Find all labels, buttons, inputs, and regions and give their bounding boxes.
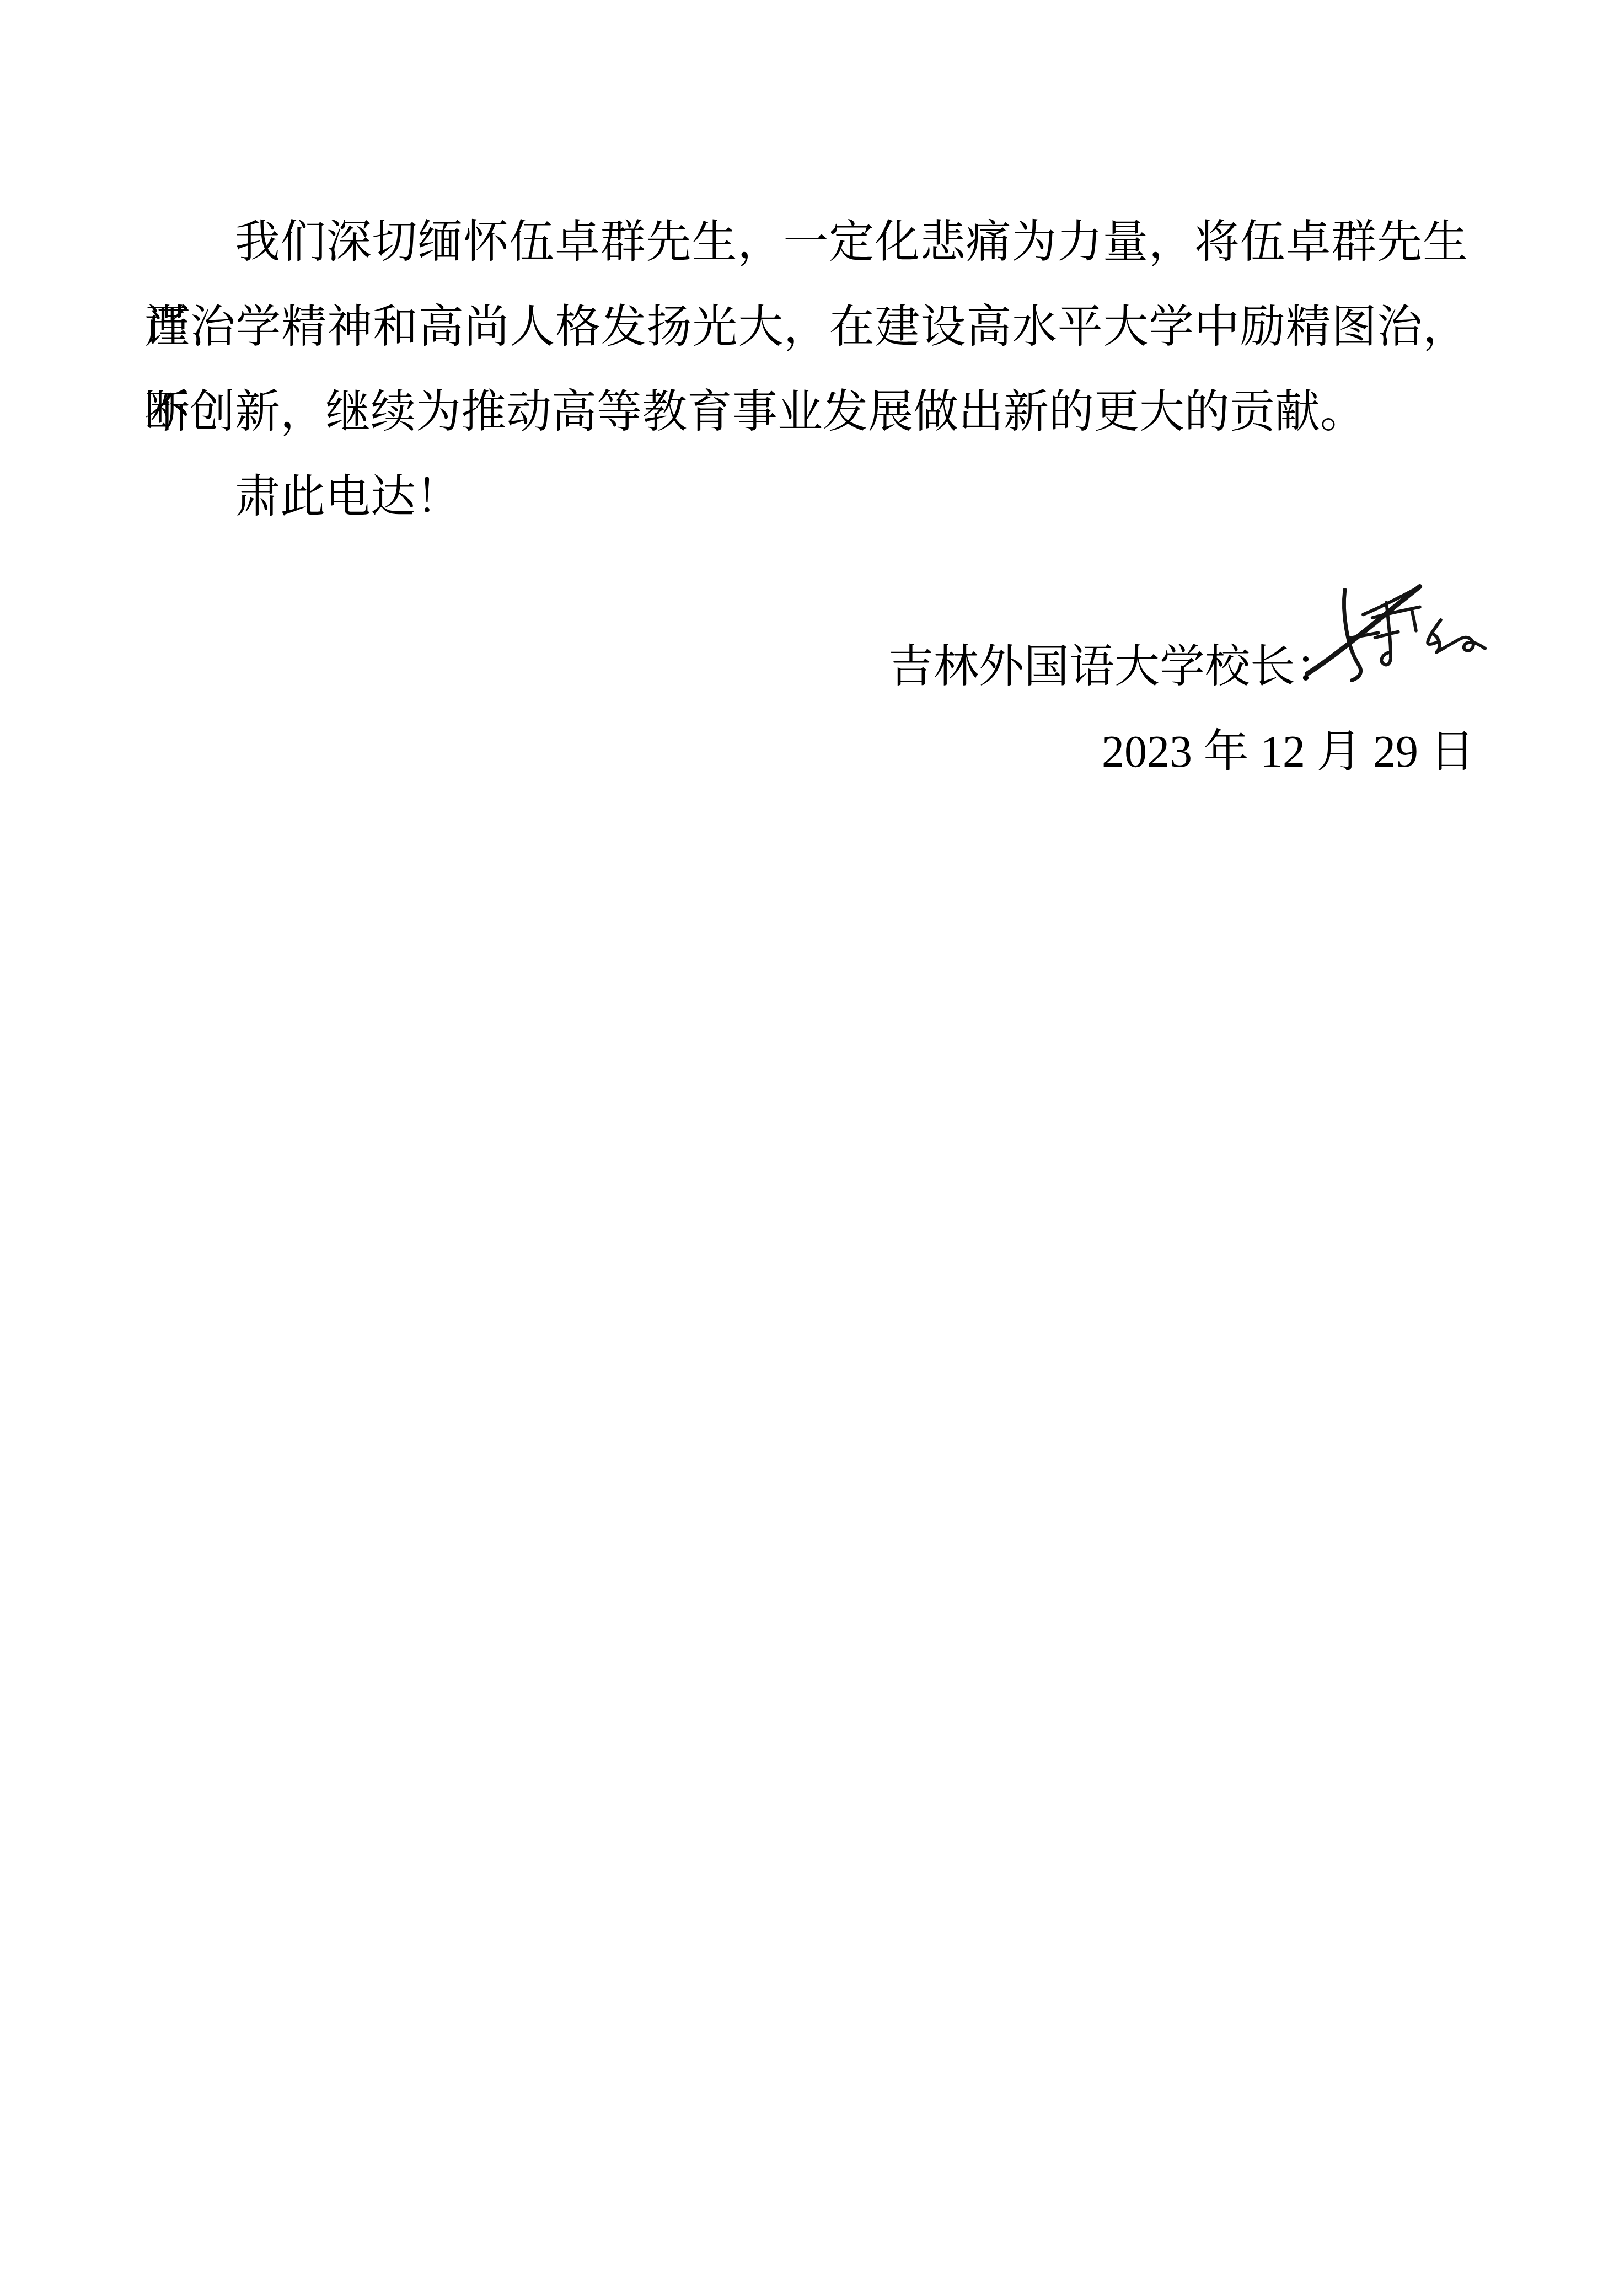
closing-line: 肃此电达！ [144, 454, 1468, 539]
letter-page: 我们深切缅怀伍卓群先生，一定化悲痛为力量，将伍卓群先生严 谨治学精神和高尚人格发… [0, 0, 1614, 2296]
blank-line [144, 539, 1468, 624]
body-line-2: 谨治学精神和高尚人格发扬光大，在建设高水平大学中励精图治，不 [144, 285, 1468, 370]
date-line: 2023 年 12 月 29 日 [1102, 709, 1468, 794]
body-line-1: 我们深切缅怀伍卓群先生，一定化悲痛为力量，将伍卓群先生严 [144, 200, 1468, 285]
body-line-3: 断创新，继续为推动高等教育事业发展做出新的更大的贡献。 [144, 370, 1468, 454]
signature-label: 吉林外国语大学校长： [888, 641, 1340, 692]
letter-content: 我们深切缅怀伍卓群先生，一定化悲痛为力量，将伍卓群先生严 谨治学精神和高尚人格发… [0, 0, 1614, 794]
signature-row: 吉林外国语大学校长： [888, 624, 1468, 709]
